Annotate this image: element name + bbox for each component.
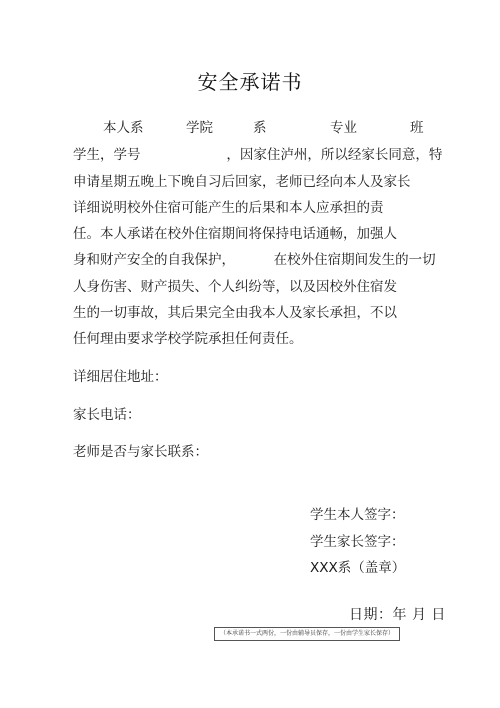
parent-phone-field-label: 家长电话： [73,403,141,423]
document-title: 安全承诺书 [0,66,500,95]
parent-signature-label: 学生家长签字： [310,530,405,550]
body-line: 申请星期五晚上下晚自习后回家，老师已经向本人及家长 [73,170,411,190]
first-line-class: 班 [410,116,424,136]
body-line: 学生，学号 ，因家住泸州，所以经家长同意，特 [73,143,442,163]
body-line: 生的一切事故，其后果完全由我本人及家长承担，不以 [73,301,397,321]
body-line: 身和财产安全的自我保护， 在校外住宿期间发生的一切 [73,248,436,268]
body-line: 详细说明校外住宿可能产生的后果和本人应承担的责 [73,196,384,216]
first-line-college: 学院 [186,116,213,136]
body-line: 任。本人承诺在校外住宿期间将保持电话通畅，加强人 [73,222,397,242]
student-signature-label: 学生本人签字： [310,503,405,523]
body-line: 人身伤害、财产损失、个人纠纷等，以及因校外住宿发 [73,275,397,295]
footnote-box: （本承诺书一式两份，一份由辅导员保存，一份由学生家长保存） [214,627,400,641]
department-seal-label: XXX系（盖章） [310,556,405,576]
first-line-department: 系 [253,116,267,136]
body-line: 任何理由要求学校学院承担任何责任。 [73,327,303,347]
first-line-name-prefix: 本人系 [103,116,144,136]
address-field-label: 详细居住地址： [73,365,168,385]
date-label: 日期：年 月 日 [349,604,446,624]
teacher-contact-field-label: 老师是否与家长联系： [73,440,208,460]
first-line-major: 专业 [330,116,357,136]
